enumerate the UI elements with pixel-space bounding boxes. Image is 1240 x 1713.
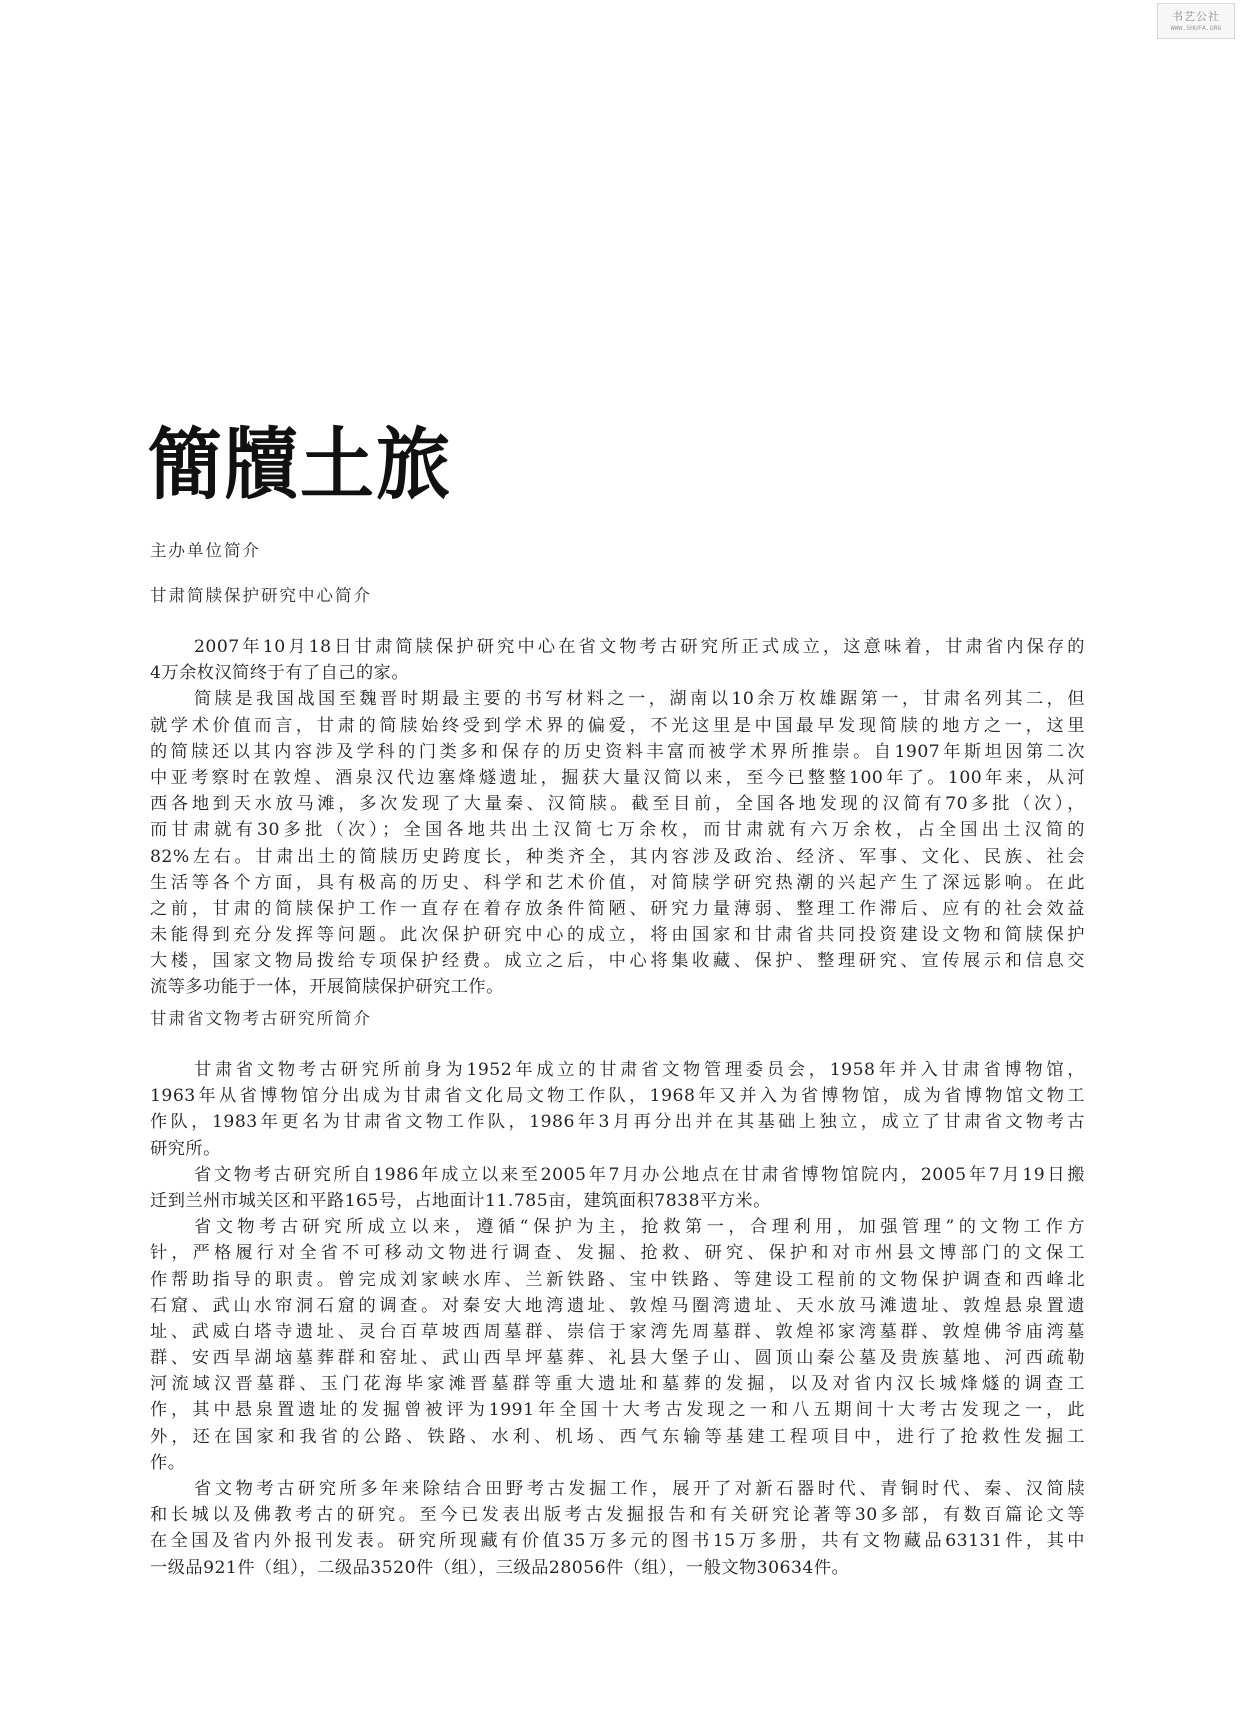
paragraph-line: 生活等各个方面，具有极高的历史、科学和艺术价值，对简牍学研究热潮的兴起产生了深远… bbox=[150, 870, 1085, 896]
paragraph-line: 西各地到天水放马滩，多次发现了大量秦、汉简牍。截至目前，全国各地发现的汉简有70… bbox=[150, 791, 1085, 817]
paragraph-line: 省文物考古研究所成立以来，遵循“保护为主，抢救第一，合理利用，加强管理”的文物工… bbox=[150, 1214, 1085, 1240]
watermark-logo: 书艺公社 WWW.SHUFA.ORG bbox=[1157, 3, 1235, 39]
calligraphy-title: 簡牘土旅 bbox=[148, 418, 452, 513]
paragraph-line: 未能得到充分发挥等问题。此次保护研究中心的成立，将由国家和甘肃省共同投资建设文物… bbox=[150, 922, 1085, 948]
paragraph-line: 1963年从省博物馆分出成为甘肃省文化局文物工作队，1968年又并入为省博物馆，… bbox=[150, 1083, 1085, 1109]
paragraph-line: 研究所。 bbox=[150, 1136, 1085, 1162]
paragraph-line: 石窟、武山水帘洞石窟的调查。对秦安大地湾遗址、敦煌马圈湾遗址、天水放马滩遗址、敦… bbox=[150, 1293, 1085, 1319]
paragraph-line: 针，严格履行对全省不可移动文物进行调查、发掘、抢救、研究、保护和对市州县文博部门… bbox=[150, 1240, 1085, 1266]
paragraph-line: 迁到兰州市城关区和平路165号，占地面计11.785亩，建筑面积7838平方米。 bbox=[150, 1188, 1085, 1214]
paragraph-line: 而甘肃就有30多批（次）；全国各地共出土汉简七万余枚，而甘肃就有六万余枚，占全国… bbox=[150, 817, 1085, 843]
paragraph-line: 河流域汉晋墓群、玉门花海毕家滩晋墓群等重大遗址和墓葬的发掘，以及对省内汉长城烽燧… bbox=[150, 1371, 1085, 1397]
paragraph-line: 作帮助指导的职责。曾完成刘家峡水库、兰新铁路、宝中铁路、等建设工程前的文物保护调… bbox=[150, 1267, 1085, 1293]
paragraph-line: 址、武威白塔寺遗址、灵台百草坡西周墓群、崇信于家湾先周墓群、敦煌祁家湾墓群、敦煌… bbox=[150, 1319, 1085, 1345]
section1-heading: 甘肃简牍保护研究中心简介 bbox=[150, 585, 372, 607]
section2-body: 甘肃省文物考古研究所前身为1952年成立的甘肃省文物管理委员会，1958年并入甘… bbox=[150, 1057, 1085, 1581]
paragraph-line: 作。 bbox=[150, 1450, 1085, 1476]
paragraph-line: 外，还在国家和我省的公路、铁路、水利、机场、西气东输等基建工程项目中，进行了抢救… bbox=[150, 1424, 1085, 1450]
paragraph-line: 流等多功能于一体，开展简牍保护研究工作。 bbox=[150, 974, 1085, 1000]
paragraph-line: 中亚考察时在敦煌、酒泉汉代边塞烽燧遗址，掘获大量汉简以来，至今已整整100年了。… bbox=[150, 765, 1085, 791]
paragraph-line: 和长城以及佛教考古的研究。至今已发表出版考古发掘报告和有关研究论著等30多部，有… bbox=[150, 1502, 1085, 1528]
paragraph-line: 甘肃省文物考古研究所前身为1952年成立的甘肃省文物管理委员会，1958年并入甘… bbox=[150, 1057, 1085, 1083]
paragraph-line: 就学术价值而言，甘肃的简牍始终受到学术界的偏爱，不光这里是中国最早发现简牍的地方… bbox=[150, 713, 1085, 739]
paragraph-line: 群、安西旱湖垴墓葬群和窑址、武山西旱坪墓葬、礼县大堡子山、圆顶山秦公墓及贵族墓地… bbox=[150, 1345, 1085, 1371]
paragraph-line: 82%左右。甘肃出土的简牍历史跨度长，种类齐全，其内容涉及政治、经济、军事、文化… bbox=[150, 844, 1085, 870]
watermark-url: WWW.SHUFA.ORG bbox=[1171, 24, 1222, 33]
paragraph-line: 作队，1983年更名为甘肃省文物工作队，1986年3月再分出并在其基础上独立，成… bbox=[150, 1109, 1085, 1135]
page-heading: 主办单位简介 bbox=[150, 540, 261, 562]
paragraph-line: 的简牍还以其内容涉及学科的门类多和保存的历史资料丰富而被学术界所推崇。自1907… bbox=[150, 739, 1085, 765]
paragraph-line: 2007年10月18日甘肃简牍保护研究中心在省文物考古研究所正式成立，这意味着，… bbox=[150, 634, 1085, 660]
section2-heading: 甘肃省文物考古研究所简介 bbox=[150, 1008, 372, 1030]
paragraph-line: 之前，甘肃的简牍保护工作一直存在着存放条件简陋、研究力量薄弱、整理工作滞后、应有… bbox=[150, 896, 1085, 922]
paragraph-line: 省文物考古研究所多年来除结合田野考古发掘工作，展开了对新石器时代、青铜时代、秦、… bbox=[150, 1476, 1085, 1502]
paragraph-line: 作，其中悬泉置遗址的发掘曾被评为1991年全国十大考古发现之一和八五期间十大考古… bbox=[150, 1397, 1085, 1423]
paragraph-line: 简牍是我国战国至魏晋时期最主要的书写材料之一，湖南以10余万枚雄踞第一，甘肃名列… bbox=[150, 686, 1085, 712]
paragraph-line: 大楼，国家文物局拨给专项保护经费。成立之后，中心将集收藏、保护、整理研究、宣传展… bbox=[150, 948, 1085, 974]
paragraph-line: 4万余枚汉简终于有了自己的家。 bbox=[150, 660, 1085, 686]
section1-body: 2007年10月18日甘肃简牍保护研究中心在省文物考古研究所正式成立，这意味着，… bbox=[150, 634, 1085, 1001]
paragraph-line: 省文物考古研究所自1986年成立以来至2005年7月办公地点在甘肃省博物馆院内，… bbox=[150, 1162, 1085, 1188]
watermark-logo-text: 书艺公社 bbox=[1172, 10, 1220, 24]
paragraph-line: 在全国及省内外报刊发表。研究所现藏有价值35万多元的图书15万多册，共有文物藏品… bbox=[150, 1528, 1085, 1554]
paragraph-line: 一级品921件（组），二级品3520件（组），三级品28056件（组），一般文物… bbox=[150, 1555, 1085, 1581]
